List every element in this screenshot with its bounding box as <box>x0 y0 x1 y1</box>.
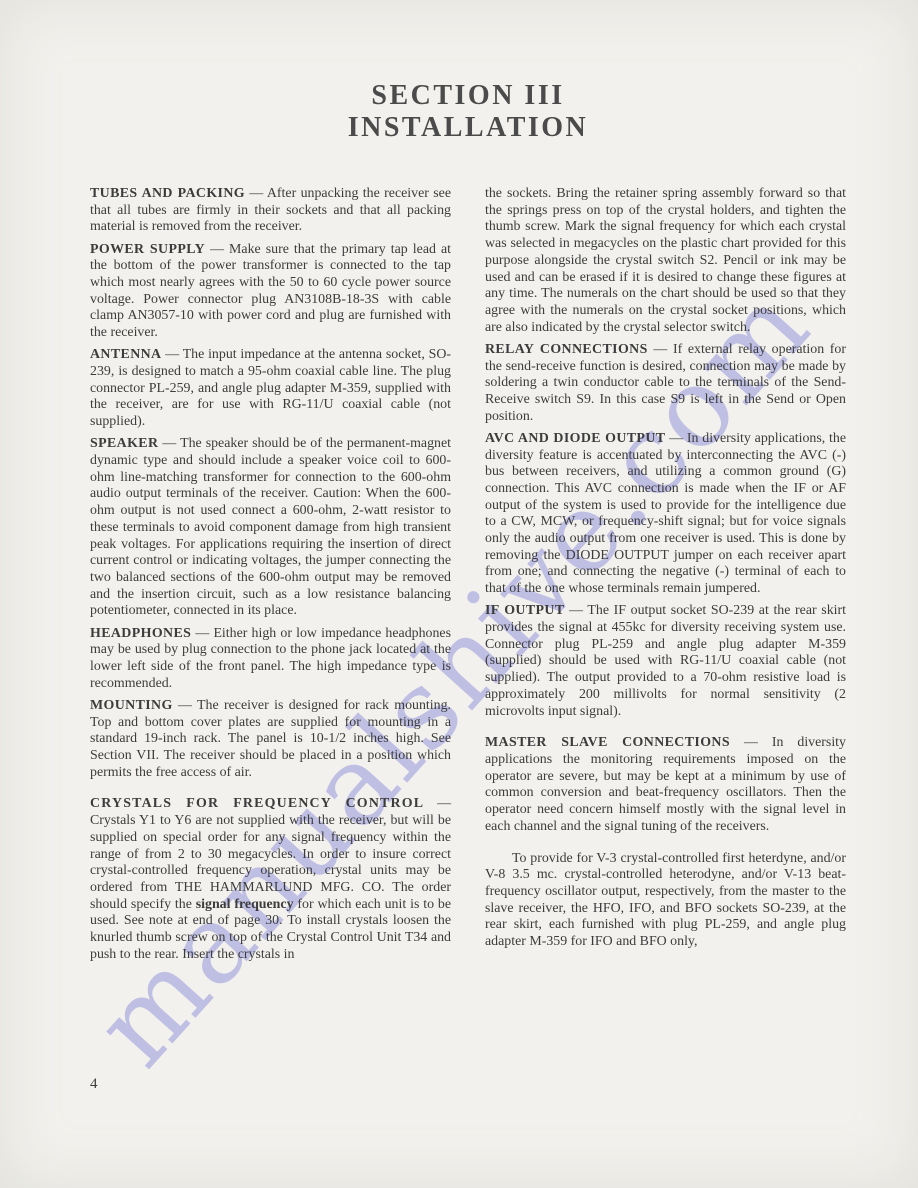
paragraph-avc-diode-output: AVC AND DIODE OUTPUT — In diversity appl… <box>485 431 846 598</box>
section-header: SECTION III INSTALLATION <box>90 80 846 144</box>
paragraph-tubes-and-packing: TUBES AND PACKING — After unpacking the … <box>90 186 451 236</box>
two-column-body: TUBES AND PACKING — After unpacking the … <box>90 186 846 969</box>
paragraph-text: — In diversity applications, the diversi… <box>485 431 846 596</box>
paragraph-text: To provide for V-3 crystal-controlled fi… <box>485 851 846 950</box>
paragraph-text: — Crystals Y1 to Y6 are not supplied wit… <box>90 796 451 911</box>
section-subtitle: INSTALLATION <box>90 112 846 144</box>
right-column: the sockets. Bring the retainer spring a… <box>485 186 846 969</box>
paragraph-text: the sockets. Bring the retainer spring a… <box>485 186 846 335</box>
paragraph-relay-connections: RELAY CONNECTIONS — If external relay op… <box>485 342 846 426</box>
left-column: TUBES AND PACKING — After unpacking the … <box>90 186 451 969</box>
paragraph-heading: CRYSTALS FOR FREQUENCY CONTROL <box>90 796 424 811</box>
paragraph-speaker: SPEAKER — The speaker should be of the p… <box>90 436 451 620</box>
paragraph-power-supply: POWER SUPPLY — Make sure that the primar… <box>90 242 451 342</box>
paragraph-to-provide: To provide for V-3 crystal-controlled fi… <box>485 851 846 951</box>
paragraph-text: — The speaker should be of the permanent… <box>90 436 451 618</box>
paragraph-heading: TUBES AND PACKING <box>90 186 245 201</box>
paragraph-crystals-frequency-control: CRYSTALS FOR FREQUENCY CONTROL — Crystal… <box>90 796 451 963</box>
paragraph-heading: AVC AND DIODE OUTPUT <box>485 431 665 446</box>
paragraph-heading: POWER SUPPLY <box>90 242 205 257</box>
paragraph-heading: IF OUTPUT <box>485 603 565 618</box>
paragraph-heading: MASTER SLAVE CONNECTIONS <box>485 735 730 750</box>
paragraph-master-slave-connections: MASTER SLAVE CONNECTIONS — In diversity … <box>485 735 846 835</box>
paragraph-heading: MOUNTING <box>90 698 173 713</box>
paragraph-heading: HEADPHONES <box>90 626 191 641</box>
paragraph-heading: ANTENNA <box>90 347 162 362</box>
section-title: SECTION III <box>90 80 846 112</box>
paragraph-mounting: MOUNTING — The receiver is designed for … <box>90 698 451 782</box>
page-number: 4 <box>90 1076 98 1093</box>
paragraph-crystals-continued: the sockets. Bring the retainer spring a… <box>485 186 846 336</box>
paragraph-heading: RELAY CONNECTIONS <box>485 342 648 357</box>
paragraph-heading: SPEAKER <box>90 436 158 451</box>
paragraph-text: — The IF output socket SO-239 at the rea… <box>485 603 846 718</box>
paragraph-antenna: ANTENNA — The input impedance at the ant… <box>90 347 451 431</box>
bold-phrase: signal frequency <box>196 897 294 912</box>
paragraph-if-output: IF OUTPUT — The IF output socket SO-239 … <box>485 603 846 720</box>
paragraph-headphones: HEADPHONES — Either high or low impedanc… <box>90 626 451 693</box>
manual-page: manualshive.com SECTION III INSTALLATION… <box>0 0 918 1188</box>
